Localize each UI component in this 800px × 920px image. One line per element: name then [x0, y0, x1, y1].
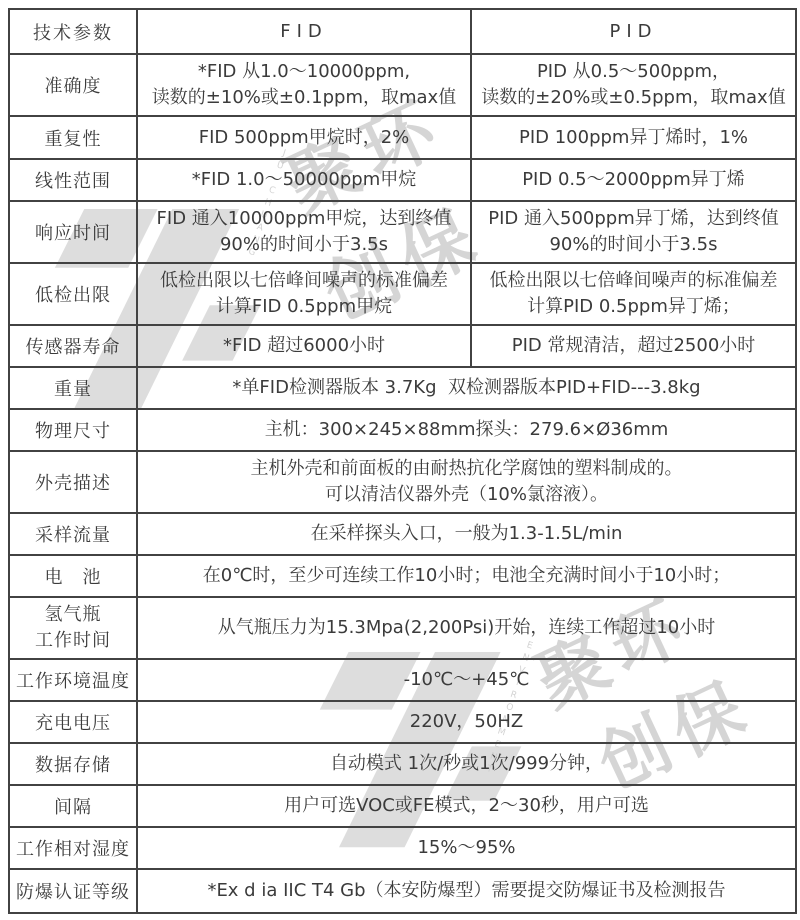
param-label: 间隔	[9, 785, 137, 827]
table-row-charging-voltage: 充电电压 220V，50HZ	[9, 701, 796, 743]
param-label: 线性范围	[9, 159, 137, 201]
table-row-battery: 电 池 在0℃时，至少可连续工作10小时；电池全充满时间小于10小时；	[9, 555, 796, 597]
param-label: 重复性	[9, 116, 137, 159]
table-row-interval: 间隔 用户可选VOC或FE模式，2～30秒，用户可选	[9, 785, 796, 827]
fid-value: 低检出限以七倍峰间噪声的标准偏差 计算FID 0.5ppm甲烷	[137, 263, 471, 325]
param-label: 响应时间	[9, 201, 137, 263]
fid-value: FID 通入10000ppm甲烷，达到终值 90%的时间小于3.5s	[137, 201, 471, 263]
fid-value: *FID 1.0～50000ppm甲烷	[137, 159, 471, 201]
merged-value: 220V，50HZ	[137, 701, 796, 743]
table-row-linear-range: 线性范围 *FID 1.0～50000ppm甲烷 PID 0.5～2000ppm…	[9, 159, 796, 201]
param-label: 电 池	[9, 555, 137, 597]
param-label: 工作环境温度	[9, 659, 137, 701]
merged-value: 用户可选VOC或FE模式，2～30秒，用户可选	[137, 785, 796, 827]
merged-value: *Ex d ia IIC T4 Gb（本安防爆型）需要提交防爆证书及检测报告	[137, 869, 796, 913]
table-row-sample-flow: 采样流量 在采样探头入口，一般为1.3-1.5L/min	[9, 513, 796, 555]
table-row-operating-temperature: 工作环境温度 -10℃～+45℃	[9, 659, 796, 701]
merged-value: *单FID检测器版本 3.7Kg 双检测器版本PID+FID---3.8kg	[137, 367, 796, 409]
param-label: 外壳描述	[9, 451, 137, 513]
param-label: 防爆认证等级	[9, 869, 137, 913]
pid-value: PID 100ppm异丁烯时，1%	[471, 116, 796, 159]
param-label: 数据存储	[9, 743, 137, 785]
param-label: 低检出限	[9, 263, 137, 325]
merged-value: 自动模式 1次/秒或1次/999分钟，	[137, 743, 796, 785]
table-row-explosion-proof-rating: 防爆认证等级 *Ex d ia IIC T4 Gb（本安防爆型）需要提交防爆证书…	[9, 869, 796, 913]
pid-value: PID 从0.5～500ppm， 读数的±20%或±0.5ppm，取max值	[471, 54, 796, 116]
table-row-housing: 外壳描述 主机外壳和前面板的由耐热抗化学腐蚀的塑料制成的。 可以清洁仪器外壳（1…	[9, 451, 796, 513]
spec-table: 技术参数 FID PID 准确度 *FID 从1.0～10000ppm, 读数的…	[8, 8, 797, 914]
header-fid: FID	[137, 9, 471, 54]
param-label: 准确度	[9, 54, 137, 116]
table-row-weight: 重量 *单FID检测器版本 3.7Kg 双检测器版本PID+FID---3.8k…	[9, 367, 796, 409]
pid-value: 低检出限以七倍峰间噪声的标准偏差 计算PID 0.5ppm异丁烯；	[471, 263, 796, 325]
pid-value: PID 0.5～2000ppm异丁烯	[471, 159, 796, 201]
merged-value: 主机外壳和前面板的由耐热抗化学腐蚀的塑料制成的。 可以清洁仪器外壳（10%氯溶液…	[137, 451, 796, 513]
param-label: 工作相对湿度	[9, 827, 137, 869]
param-label: 氢气瓶 工作时间	[9, 597, 137, 659]
merged-value: 从气瓶压力为15.3Mpa(2,200Psi)开始，连续工作超过10小时	[137, 597, 796, 659]
table-row-detection-limit: 低检出限 低检出限以七倍峰间噪声的标准偏差 计算FID 0.5ppm甲烷 低检出…	[9, 263, 796, 325]
merged-value: 在0℃时，至少可连续工作10小时；电池全充满时间小于10小时；	[137, 555, 796, 597]
table-row-data-storage: 数据存储 自动模式 1次/秒或1次/999分钟，	[9, 743, 796, 785]
spec-sheet-page: JU CHUANG 聚环 创保 ENVIRONMENT 聚环 创保 技术参数 F…	[0, 0, 800, 920]
merged-value: 15%～95%	[137, 827, 796, 869]
header-pid: PID	[471, 9, 796, 54]
fid-value: *FID 从1.0～10000ppm, 读数的±10%或±0.1ppm，取max…	[137, 54, 471, 116]
param-label: 传感器寿命	[9, 325, 137, 367]
header-row: 技术参数 FID PID	[9, 9, 796, 54]
merged-value: 主机：300×245×88mm探头：279.6×Ø36mm	[137, 409, 796, 451]
table-row-dimensions: 物理尺寸 主机：300×245×88mm探头：279.6×Ø36mm	[9, 409, 796, 451]
table-row-response-time: 响应时间 FID 通入10000ppm甲烷，达到终值 90%的时间小于3.5s …	[9, 201, 796, 263]
param-label: 物理尺寸	[9, 409, 137, 451]
table-row-repeatability: 重复性 FID 500ppm甲烷时，2% PID 100ppm异丁烯时，1%	[9, 116, 796, 159]
pid-value: PID 通入500ppm异丁烯，达到终值 90%的时间小于3.5s	[471, 201, 796, 263]
param-label: 重量	[9, 367, 137, 409]
table-row-accuracy: 准确度 *FID 从1.0～10000ppm, 读数的±10%或±0.1ppm，…	[9, 54, 796, 116]
param-label: 充电电压	[9, 701, 137, 743]
table-row-relative-humidity: 工作相对湿度 15%～95%	[9, 827, 796, 869]
pid-value: PID 常规清洁，超过2500小时	[471, 325, 796, 367]
merged-value: -10℃～+45℃	[137, 659, 796, 701]
fid-value: FID 500ppm甲烷时，2%	[137, 116, 471, 159]
table-row-hydrogen-cylinder: 氢气瓶 工作时间 从气瓶压力为15.3Mpa(2,200Psi)开始，连续工作超…	[9, 597, 796, 659]
header-param: 技术参数	[9, 9, 137, 54]
table-row-sensor-life: 传感器寿命 *FID 超过6000小时 PID 常规清洁，超过2500小时	[9, 325, 796, 367]
param-label: 采样流量	[9, 513, 137, 555]
fid-value: *FID 超过6000小时	[137, 325, 471, 367]
merged-value: 在采样探头入口，一般为1.3-1.5L/min	[137, 513, 796, 555]
